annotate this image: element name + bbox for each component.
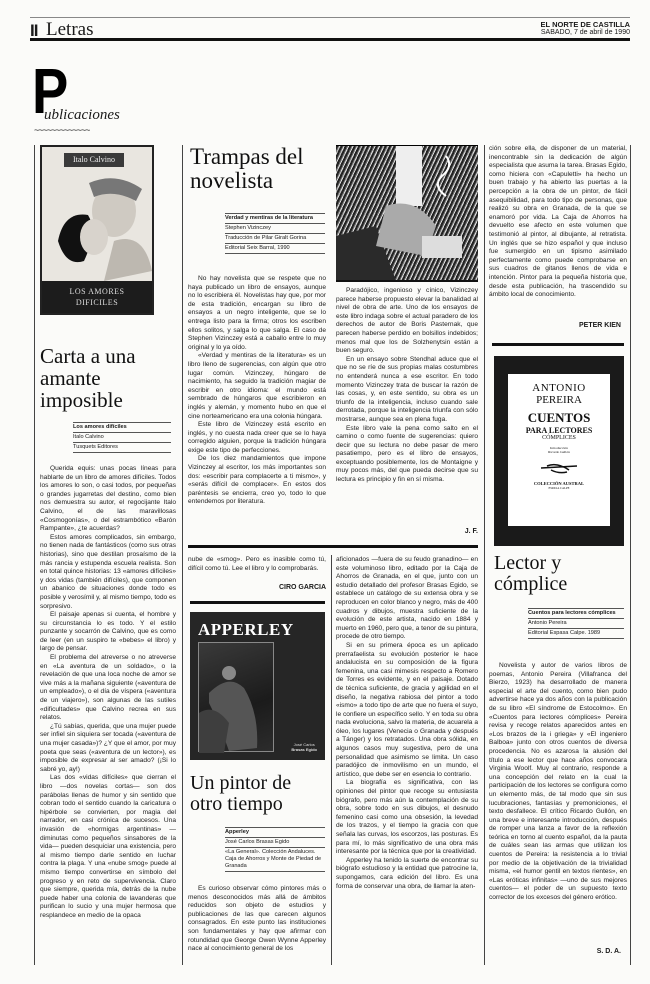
- book-publisher: Tusquets Editores: [73, 442, 171, 453]
- article-body-apperley-continued: aficionados —fuera de su feudo granadino…: [336, 556, 478, 968]
- book-translator: Traducción de Pilar Giralt Gorina: [225, 233, 325, 243]
- cover-painting: [198, 642, 274, 752]
- section-divider: [492, 343, 624, 346]
- column-rule: [331, 555, 332, 965]
- article-body-pereira: Novelista y autor de varios libros de po…: [489, 662, 627, 944]
- book-cover-los-amores-dificiles: Italo Calvino LOS AMORES DIFICILES: [40, 145, 154, 315]
- issue-date: SABADO, 7 de abril de 1990: [541, 29, 630, 36]
- cover-illustration: [44, 171, 154, 281]
- signature-calvino: CIRO GARCIA: [188, 584, 326, 591]
- article-body-apperley: Es curioso observar cómo pintores más o …: [188, 885, 326, 967]
- headline-apperley: Un pintor de otro tiempo: [190, 773, 325, 815]
- book-title: Cuentos para lectores cómplices: [528, 608, 624, 618]
- section-divider: [190, 601, 325, 604]
- signature-pereira: S. D. A.: [489, 948, 621, 955]
- article-body-apperley-end: ción sobre ella, de disponer de un mater…: [489, 145, 627, 323]
- cover-title: APPERLEY: [198, 620, 294, 640]
- book-title: Verdad y mentiras de la literatura: [225, 213, 325, 223]
- section-name: Letras: [46, 19, 93, 41]
- signature-apperley: PETER KIEN: [489, 322, 621, 329]
- book-author: Antonio Pereira: [528, 618, 624, 628]
- publicaciones-logo: P ublicaciones ~~~~~~~~~~~~~: [32, 65, 142, 135]
- column-rule: [484, 145, 485, 965]
- logo-text: ublicaciones: [44, 107, 120, 124]
- book-author: José Carlos Brasas Egido: [225, 837, 325, 847]
- illustration-writer-at-desk: [336, 145, 478, 280]
- column-rule: [630, 145, 631, 965]
- painting-reclining-woman: [199, 643, 275, 753]
- book-cover-cuentos-para-lectores: ANTONIO PEREIRA CUENTOS PARA LECTORES CÓ…: [494, 356, 624, 546]
- book-info-pereira: Cuentos para lectores cómplices Antonio …: [528, 608, 624, 639]
- newspaper-name: EL NORTE DE CASTILLA: [541, 20, 630, 29]
- book-cover-apperley: APPERLEY José Carlos Brasas Egido: [190, 612, 325, 760]
- cover-author: Italo Calvino: [64, 153, 124, 167]
- divider-bar: [336, 280, 478, 282]
- section-mark: II: [30, 21, 37, 41]
- book-author: Italo Calvino: [73, 432, 171, 442]
- book-info-vizinczey: Verdad y mentiras de la literatura Steph…: [225, 213, 325, 254]
- article-body-calvino: Querida equis: unas pocas líneas para ha…: [40, 465, 176, 970]
- book-info-calvino: Los amores difíciles Italo Calvino Tusqu…: [73, 422, 171, 453]
- book-publisher: «La General». Colección Andaluces. Caja …: [225, 847, 325, 872]
- cover-author-tag: José Carlos Brasas Egido: [291, 742, 317, 752]
- book-publisher: Editorial Espasa Calpe. 1989: [528, 628, 624, 639]
- austral-emblem-icon: [539, 460, 579, 476]
- article-body-calvino-continued: nube de «smog». Pero es inasible como tú…: [188, 556, 326, 573]
- book-title: Apperley: [225, 827, 325, 837]
- section-divider: [188, 545, 478, 548]
- article-body-vizinczey: No hay novelista que se respete que no h…: [188, 275, 326, 537]
- cover-title: LOS AMORES DIFICILES: [42, 281, 152, 313]
- etching-illustration: [336, 146, 478, 280]
- logo-wave-decoration: ~~~~~~~~~~~~~: [34, 125, 89, 135]
- book-title: Los amores difíciles: [73, 422, 171, 432]
- column-rule: [34, 145, 35, 965]
- column-rule: [182, 145, 183, 965]
- article-body-vizinczey-continued: Paradójico, ingenioso y cínico, Vizincze…: [336, 287, 478, 527]
- book-info-apperley: Apperley José Carlos Brasas Egido «La Ge…: [225, 827, 325, 872]
- book-author: Stephen Vizinczey: [225, 223, 325, 233]
- headline-pereira: Lector y cómplice: [494, 553, 624, 595]
- headline-vizinczey: Trampas del novelista: [190, 145, 325, 193]
- cover-panel: ANTONIO PEREIRA CUENTOS PARA LECTORES CÓ…: [508, 374, 610, 526]
- page-header: II Letras EL NORTE DE CASTILLA SABADO, 7…: [30, 17, 630, 41]
- headline-calvino: Carta a una amante imposible: [40, 345, 170, 411]
- book-publisher: Editorial Seix Barral, 1990: [225, 243, 325, 254]
- signature-vizinczey: J. F.: [336, 528, 478, 535]
